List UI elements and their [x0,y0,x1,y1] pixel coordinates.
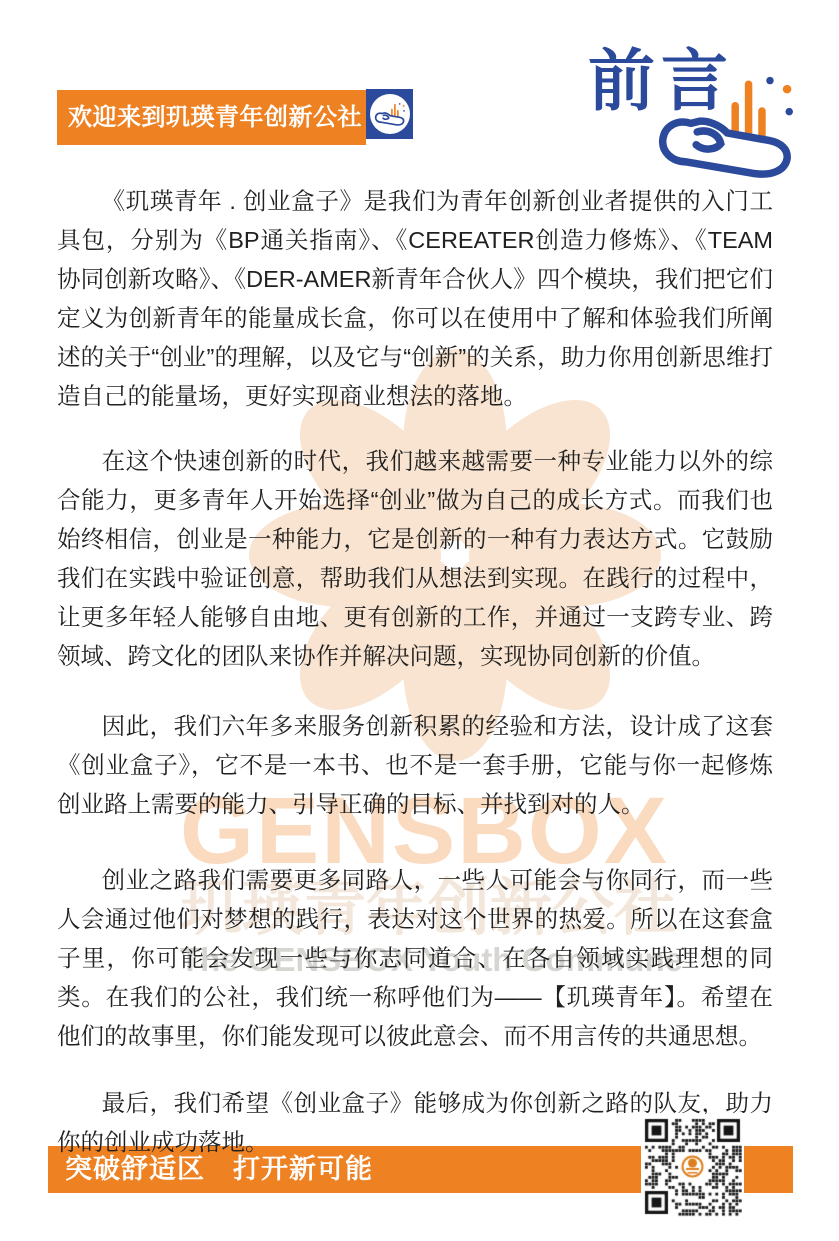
paragraph-3: 因此，我们六年多来服务创新积累的经验和方法，设计成了这套《创业盒子》，它不是一本… [57,707,773,824]
paragraph-1: 《玑瑛青年 . 创业盒子》是我们为青年创新创业者提供的入门工具包，分别为《BP通… [57,182,773,416]
preface-page: GENSBOX 玑瑛青年创新公社 The GENSBOX Youth Commu… [0,0,839,1241]
hand-growth-icon [652,72,797,179]
welcome-banner: 欢迎来到玑瑛青年创新公社>>> [57,90,366,145]
qr-code-canvas [643,1116,742,1217]
paragraph-2: 在这个快速创新的时代，我们越来越需要一种专业能力以外的综合能力，更多青年人开始选… [57,442,773,676]
hand-growth-icon [370,94,410,134]
brand-logo [366,89,413,139]
qr-code [641,1114,744,1219]
preface-body: 《玑瑛青年 . 创业盒子》是我们为青年创新创业者提供的入门工具包，分别为《BP通… [57,182,773,1162]
paragraph-4: 创业之路我们需要更多同路人，一些人可能会与你同行，而一些人会通过他们对梦想的践行… [57,861,773,1056]
